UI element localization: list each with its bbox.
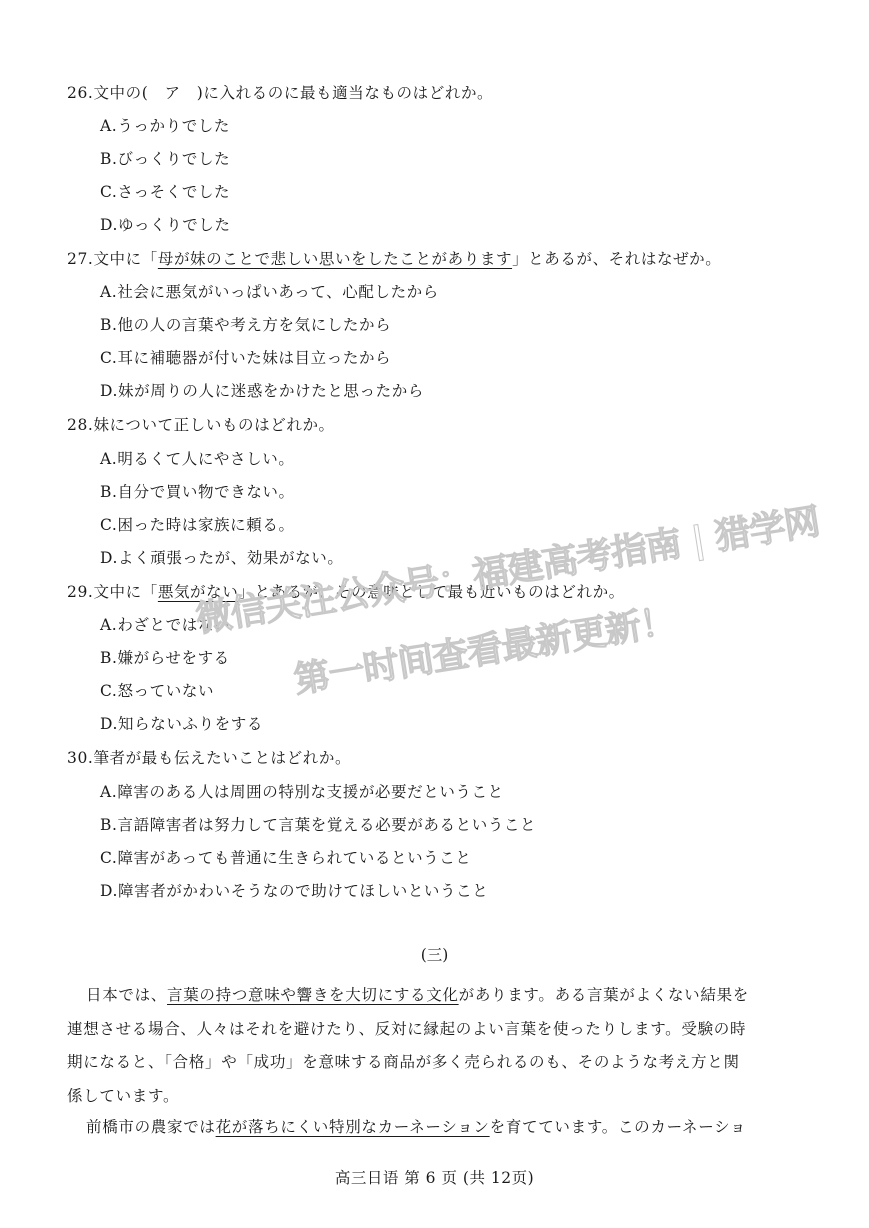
option-label: C. xyxy=(100,849,117,867)
question-text-before: 文中に「 xyxy=(93,583,157,601)
question-28-option-a: A.明るくて人にやさしい。 xyxy=(100,449,294,469)
question-29-stem: 29.文中に「悪気がない」とあるが、その意味として最も近いものはどれか。 xyxy=(67,582,625,602)
question-29-option-c: C.怒っていない xyxy=(100,681,214,701)
question-27-option-d: D.妹が周りの人に迷惑をかけたと思ったから xyxy=(100,381,424,401)
paragraph-2-line-1: 前橋市の農家では花が落ちにくい特別なカーネーションを育てています。このカーネーシ… xyxy=(86,1115,821,1137)
question-26-stem: 26.文中の( ア )に入れるのに最も適当なものはどれか。 xyxy=(67,83,493,103)
option-label: D. xyxy=(100,549,118,567)
question-number: 27. xyxy=(67,250,93,268)
question-27-option-c: C.耳に補聴器が付いた妹は目立ったから xyxy=(100,348,391,368)
question-26-option-d: D.ゆっくりでした xyxy=(100,215,231,235)
paragraph-1-line-2: 連想させる場合、人々はそれを避けたり、反対に縁起のよい言葉を使ったりします。受験… xyxy=(67,1017,802,1039)
question-28-option-c: C.困った時は家族に頼る。 xyxy=(100,515,295,535)
question-text-after: 」とあるが、その意味として最も近いものはどれか。 xyxy=(238,583,624,601)
option-text: うっかりでした xyxy=(117,117,230,135)
option-label: C. xyxy=(100,349,117,367)
option-text: 明るくて人にやさしい。 xyxy=(117,450,294,468)
option-text: びっくりでした xyxy=(118,150,231,168)
option-text: 障害者がかわいそうなので助けてほしいということ xyxy=(118,882,488,900)
option-text: 怒っていない xyxy=(117,682,214,700)
option-label: B. xyxy=(100,316,118,334)
option-label: A. xyxy=(100,783,117,801)
question-29-option-a: A.わざとではない xyxy=(100,615,230,635)
question-number: 29. xyxy=(67,583,93,601)
question-number: 28. xyxy=(67,416,93,434)
option-label: B. xyxy=(100,649,118,667)
question-28-option-b: B.自分で買い物できない。 xyxy=(100,482,295,502)
question-text-after: 」とあるが、それはなぜか。 xyxy=(512,250,721,268)
option-text: 障害があっても普通に生きられているということ xyxy=(117,849,471,867)
question-27-option-a: A.社会に悪気がいっぱいあって、心配したから xyxy=(100,282,439,302)
paragraph-1-line-1: 日本では、言葉の持つ意味や響きを大切にする文化があります。ある言葉がよくない結果… xyxy=(86,983,821,1005)
option-label: A. xyxy=(100,117,117,135)
question-text: 妹について正しいものはどれか。 xyxy=(93,416,334,434)
option-label: A. xyxy=(100,450,117,468)
option-text: 言語障害者は努力して言葉を覚える必要があるということ xyxy=(118,816,537,834)
paragraph-1-line-3: 期になると、「合格」や「成功」を意味する商品が多く売られるのも、そのような考え方… xyxy=(67,1050,802,1072)
question-27-option-b: B.他の人の言葉や考え方を気にしたから xyxy=(100,315,391,335)
question-30-option-c: C.障害があっても普通に生きられているということ xyxy=(100,848,471,868)
option-label: D. xyxy=(100,216,118,234)
question-28-option-d: D.よく頑張ったが、効果がない。 xyxy=(100,548,343,568)
option-label: C. xyxy=(100,516,117,534)
question-30-option-d: D.障害者がかわいそうなので助けてほしいということ xyxy=(100,881,488,901)
question-26-option-a: A.うっかりでした xyxy=(100,116,230,136)
question-number: 30. xyxy=(67,749,93,767)
option-label: D. xyxy=(100,382,118,400)
question-30-option-a: A.障害のある人は周囲の特別な支援が必要だということ xyxy=(100,782,504,802)
question-30-stem: 30.筆者が最も伝えたいことはどれか。 xyxy=(67,748,351,768)
exam-page: 26.文中の( ア )に入れるのに最も適当なものはどれか。 A.うっかりでした … xyxy=(0,0,869,1228)
option-label: A. xyxy=(100,283,117,301)
question-text: 文中の( ア )に入れるのに最も適当なものはどれか。 xyxy=(93,84,493,102)
underlined-phrase: 言葉の持つ意味や響きを大切にする文化 xyxy=(167,986,459,1004)
option-text: 障害のある人は周囲の特別な支援が必要だということ xyxy=(117,783,503,801)
option-label: B. xyxy=(100,150,118,168)
question-30-option-b: B.言語障害者は努力して言葉を覚える必要があるということ xyxy=(100,815,536,835)
option-text: 社会に悪気がいっぱいあって、心配したから xyxy=(117,283,439,301)
option-label: C. xyxy=(100,682,117,700)
paragraph-text: を育てています。このカーネーショ xyxy=(490,1118,747,1136)
question-29-option-d: D.知らないふりをする xyxy=(100,714,263,734)
option-text: わざとではない xyxy=(117,616,230,634)
underlined-quote: 母が妹のことで悲しい思いをしたことがあります xyxy=(158,250,512,268)
option-label: A. xyxy=(100,616,117,634)
option-label: D. xyxy=(100,715,118,733)
question-number: 26. xyxy=(67,84,93,102)
option-text: さっそくでした xyxy=(117,183,230,201)
question-28-stem: 28.妹について正しいものはどれか。 xyxy=(67,415,335,435)
paragraph-text: 日本では、 xyxy=(86,986,167,1004)
question-27-stem: 27.文中に「母が妹のことで悲しい思いをしたことがあります」とあるが、それはなぜ… xyxy=(67,249,721,269)
page-footer: 高三日语 第 6 页 (共 12页) xyxy=(0,1168,869,1188)
option-text: 困った時は家族に頼る。 xyxy=(117,516,294,534)
underlined-phrase: 花が落ちにくい特別なカーネーション xyxy=(216,1118,490,1136)
paragraph-1-line-4: 係しています。 xyxy=(67,1084,802,1106)
question-26-option-c: C.さっそくでした xyxy=(100,182,230,202)
option-text: 耳に補聴器が付いた妹は目立ったから xyxy=(117,349,391,367)
question-text: 筆者が最も伝えたいことはどれか。 xyxy=(93,749,351,767)
question-26-option-b: B.びっくりでした xyxy=(100,149,230,169)
option-text: 嫌がらせをする xyxy=(118,649,230,667)
option-label: C. xyxy=(100,183,117,201)
option-text: 自分で買い物できない。 xyxy=(118,483,295,501)
option-text: 妹が周りの人に迷惑をかけたと思ったから xyxy=(118,382,424,400)
paragraph-text: があります。ある言葉がよくない結果を xyxy=(459,986,749,1004)
option-label: B. xyxy=(100,816,118,834)
section-title: (三) xyxy=(0,945,869,965)
option-text: よく頑張ったが、効果がない。 xyxy=(118,549,343,567)
option-text: ゆっくりでした xyxy=(118,216,231,234)
option-text: 知らないふりをする xyxy=(118,715,263,733)
question-text-before: 文中に「 xyxy=(93,250,157,268)
question-29-option-b: B.嫌がらせをする xyxy=(100,648,230,668)
watermark-line-2: 第一时间查看最新更新！ xyxy=(290,593,678,704)
option-label: D. xyxy=(100,882,118,900)
underlined-quote: 悪気がない xyxy=(158,583,239,601)
option-label: B. xyxy=(100,483,118,501)
paragraph-text: 前橋市の農家では xyxy=(86,1118,216,1136)
option-text: 他の人の言葉や考え方を気にしたから xyxy=(118,316,392,334)
